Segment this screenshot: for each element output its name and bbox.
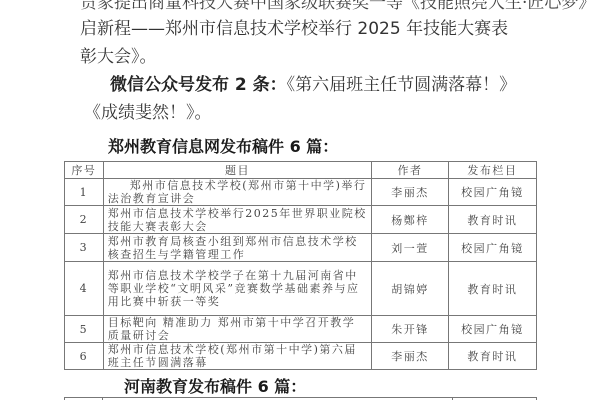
- row-author: 朱开锋: [372, 316, 448, 343]
- row-author: 李丽杰: [372, 179, 448, 206]
- column-header-author: 作者: [372, 162, 448, 179]
- column-header-column: 发布栏目: [448, 162, 536, 179]
- row-num: 4: [65, 262, 104, 316]
- wechat-label: 微信公众号发布 2 条：: [110, 75, 287, 95]
- row-num: 3: [65, 234, 104, 262]
- column-header-num: 序号: [65, 162, 104, 179]
- wechat-article-1: 《第六届班主任节圆满落幕！》: [287, 75, 517, 95]
- wechat-paragraph-line: 微信公众号发布 2 条：《第六届班主任节圆满落幕！》: [110, 70, 516, 95]
- row-author: 杨鄭梓: [372, 206, 448, 234]
- publication-table: 序号 题目 作者 发布栏目 1 郑州市信息技术学校(郑州市第十中学)举行法治教育…: [64, 161, 537, 370]
- row-column: 校园广角镜: [448, 179, 536, 206]
- table-header-row: 序号 题目 作者 发布栏目: [65, 162, 537, 179]
- row-author: 胡锦婷: [372, 262, 448, 316]
- row-column: 教育时讯: [448, 262, 536, 316]
- paragraph-line-cutoff: 贯家提出商量科技大赛中国家级联赛奖一等《技能照亮人生·匠心梦》: [80, 0, 595, 13]
- table-row: 5 目标靶向 精准助力 郑州市第十中学召开教学质量研讨会 朱开锋 校园广角镜: [65, 316, 537, 343]
- row-author: 李丽杰: [372, 343, 448, 370]
- paragraph-line: 启新程——郑州市信息技术学校举行 2025 年技能大赛表: [80, 14, 508, 39]
- row-column: 校园广角镜: [448, 316, 536, 343]
- table-row: 2 郑州市信息技术学校举行2025年世界职业院校技能大赛表彰大会 杨鄭梓 教育时…: [65, 206, 537, 234]
- column-header-title: 题目: [103, 162, 372, 179]
- wechat-article-2: 《成绩斐然！》。: [84, 98, 212, 123]
- row-title: 郑州市信息技术学校(郑州市第十中学)举行法治教育宣讲会: [103, 179, 372, 206]
- table-row: 3 郑州市教育局核查小组到郑州市信息技术学校核查招生与学籍管理工作 刘一萱 校园…: [65, 234, 537, 262]
- row-author: 刘一萱: [372, 234, 448, 262]
- row-title: 郑州市教育局核查小组到郑州市信息技术学校核查招生与学籍管理工作: [103, 234, 372, 262]
- row-title: 郑州市信息技术学校举行2025年世界职业院校技能大赛表彰大会: [103, 206, 372, 234]
- row-title: 目标靶向 精准助力 郑州市第十中学召开教学质量研讨会: [103, 316, 372, 343]
- section-heading-henan: 河南教育发布稿件 6 篇：: [124, 374, 306, 397]
- paragraph-line: 彰大会》。: [80, 42, 157, 67]
- row-column: 教育时讯: [448, 206, 536, 234]
- row-title: 郑州市信息技术学校学子在第十九届河南省中等职业学校“文明风采”竞赛数学基础素养与…: [103, 262, 372, 316]
- row-num: 2: [65, 206, 104, 234]
- row-num: 1: [65, 179, 104, 206]
- row-column: 教育时讯: [448, 343, 536, 370]
- table-row: 4 郑州市信息技术学校学子在第十九届河南省中等职业学校“文明风采”竞赛数学基础素…: [65, 262, 537, 316]
- table-row: 1 郑州市信息技术学校(郑州市第十中学)举行法治教育宣讲会 李丽杰 校园广角镜: [65, 179, 537, 206]
- row-column: 校园广角镜: [448, 234, 536, 262]
- section-heading-zhengzhou: 郑州教育信息网发布稿件 6 篇：: [108, 134, 338, 157]
- row-num: 6: [65, 343, 104, 370]
- table-row: 6 郑州市信息技术学校(郑州市第十中学)第六届班主任节圆满落幕 李丽杰 教育时讯: [65, 343, 537, 370]
- row-num: 5: [65, 316, 104, 343]
- row-title: 郑州市信息技术学校(郑州市第十中学)第六届班主任节圆满落幕: [103, 343, 372, 370]
